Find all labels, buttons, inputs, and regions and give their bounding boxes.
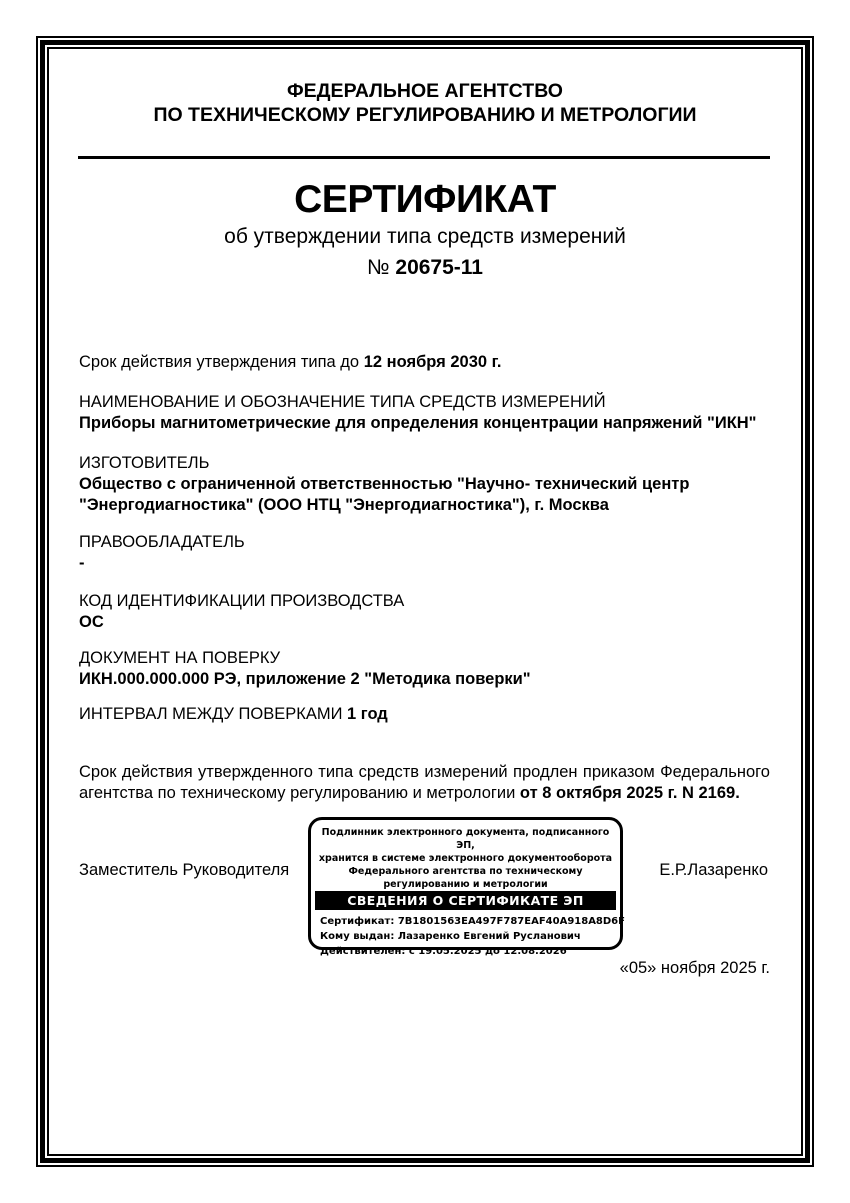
digital-signature-stamp: Подлинник электронного документа, подпис… [308,817,623,950]
manufacturer-value-line-1: Общество с ограниченной ответственностью… [79,474,770,495]
section-production-code: КОД ИДЕНТИФИКАЦИИ ПРОИЗВОДСТВА ОС [79,591,770,633]
name-value: Приборы магнитометрические для определен… [79,413,770,434]
agency-name: ФЕДЕРАЛЬНОЕ АГЕНТСТВО ПО ТЕХНИЧЕСКОМУ РЕ… [0,80,850,127]
interval-line: ИНТЕРВАЛ МЕЖДУ ПОВЕРКАМИ 1 год [79,704,770,725]
validity-value: 12 ноября 2030 г. [364,353,502,371]
stamp-header-line-2: хранится в системе электронного документ… [315,852,616,865]
issue-date: «05» ноября 2025 г. [620,958,770,979]
verification-doc-label: ДОКУМЕНТ НА ПОВЕРКУ [79,648,770,669]
section-name: НАИМЕНОВАНИЕ И ОБОЗНАЧЕНИЕ ТИПА СРЕДСТВ … [79,392,770,434]
section-verification-doc: ДОКУМЕНТ НА ПОВЕРКУ ИКН.000.000.000 РЭ, … [79,648,770,690]
rights-holder-label: ПРАВООБЛАДАТЕЛЬ [79,532,770,553]
stamp-issued-to-line: Кому выдан: Лазаренко Евгений Русланович [320,929,616,944]
stamp-header-line-3: Федерального агентства по техническому [315,865,616,878]
certificate-page: { "colors": {"ink": "#000000", "paper": … [0,0,850,1203]
signer-position-title: Заместитель Руководителя [79,860,289,881]
header-divider [78,156,770,159]
validity-label: Срок действия утверждения типа до [79,353,364,371]
section-manufacturer: ИЗГОТОВИТЕЛЬ Общество с ограниченной отв… [79,453,770,516]
prolongation-line-2: агентства по техническому регулированию … [79,783,770,804]
rights-holder-value: - [79,553,770,574]
prolongation-line-2-normal: агентства по техническому регулированию … [79,784,520,802]
number-prefix: № [367,256,395,279]
agency-line-1: ФЕДЕРАЛЬНОЕ АГЕНТСТВО [0,80,850,104]
document-subtitle: об утверждении типа средств измерений [0,224,850,249]
production-code-value: ОС [79,612,770,633]
agency-line-2: ПО ТЕХНИЧЕСКОМУ РЕГУЛИРОВАНИЮ И МЕТРОЛОГ… [0,104,850,128]
prolongation-paragraph: Срок действия утвержденного типа средств… [79,762,770,804]
stamp-details: Сертификат: 7B1801563EA497F787EAF40A918A… [315,914,616,959]
stamp-valid-period-line: Действителен: с 19.05.2025 до 12.08.2026 [320,944,616,959]
validity-line: Срок действия утверждения типа до 12 ноя… [79,352,770,373]
section-rights-holder: ПРАВООБЛАДАТЕЛЬ - [79,532,770,574]
stamp-header-line-4: регулированию и метрологии [315,878,616,891]
interval-value: 1 год [347,705,388,723]
signer-name: Е.Р.Лазаренко [659,860,768,881]
stamp-header-text: Подлинник электронного документа, подпис… [315,826,616,891]
manufacturer-value-line-2: "Энергодиагностика" (ООО НТЦ "Энергодиаг… [79,495,770,516]
interval-label: ИНТЕРВАЛ МЕЖДУ ПОВЕРКАМИ [79,705,347,723]
stamp-header-line-1: Подлинник электронного документа, подпис… [315,826,616,852]
number-value: 20675-11 [395,256,483,279]
stamp-certificate-line: Сертификат: 7B1801563EA497F787EAF40A918A… [320,914,616,929]
document-title: СЕРТИФИКАТ [0,180,850,219]
stamp-title-bar: СВЕДЕНИЯ О СЕРТИФИКАТЕ ЭП [315,891,616,910]
prolongation-line-2-bold: от 8 октября 2025 г. N 2169. [520,784,740,802]
production-code-label: КОД ИДЕНТИФИКАЦИИ ПРОИЗВОДСТВА [79,591,770,612]
verification-doc-value: ИКН.000.000.000 РЭ, приложение 2 "Методи… [79,669,770,690]
prolongation-line-1: Срок действия утвержденного типа средств… [79,762,770,783]
manufacturer-label: ИЗГОТОВИТЕЛЬ [79,453,770,474]
name-label: НАИМЕНОВАНИЕ И ОБОЗНАЧЕНИЕ ТИПА СРЕДСТВ … [79,392,770,413]
document-number: № 20675-11 [0,255,850,280]
